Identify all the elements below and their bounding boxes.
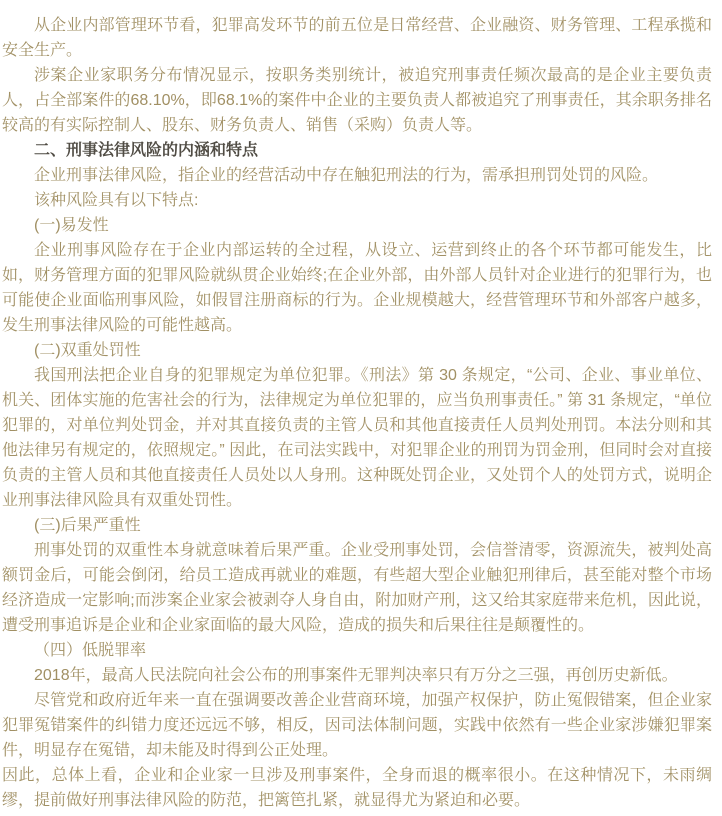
document-page: 从企业内部管理环节看，犯罪高发环节的前五位是日常经营、企业融资、财务管理、工程承…	[0, 0, 722, 816]
paragraph: 从企业内部管理环节看，犯罪高发环节的前五位是日常经营、企业融资、财务管理、工程承…	[2, 13, 712, 63]
paragraph: 刑事处罚的双重性本身就意味着后果严重。企业受刑事处罚，会信誉清零，资源流失，被判…	[2, 538, 712, 638]
subsection-heading-4: （四）低脱罪率	[2, 638, 712, 663]
subsection-heading-2: (二)双重处罚性	[2, 338, 712, 363]
paragraph: 我国刑法把企业自身的犯罪规定为单位犯罪。《刑法》第 30 条规定，“公司、企业、…	[2, 363, 712, 513]
paragraph: 该种风险具有以下特点:	[2, 188, 712, 213]
paragraph: 企业刑事风险存在于企业内部运转的全过程，从设立、运营到终止的各个环节都可能发生，…	[2, 238, 712, 338]
subsection-heading-1: (一)易发性	[2, 213, 712, 238]
paragraph: 尽管党和政府近年来一直在强调要改善企业营商环境，加强产权保护，防止冤假错案，但企…	[2, 688, 712, 763]
subsection-heading-3: (三)后果严重性	[2, 513, 712, 538]
paragraph-flush-left: 因此，总体上看，企业和企业家一旦涉及刑事案件，全身而退的概率很小。在这种情况下，…	[2, 763, 712, 813]
paragraph: 企业刑事法律风险，指企业的经营活动中存在触犯刑法的行为，需承担刑罚处罚的风险。	[2, 163, 712, 188]
paragraph: 涉案企业家职务分布情况显示，按职务类别统计，被追究刑事责任频次最高的是企业主要负…	[2, 63, 712, 138]
paragraph: 2018年，最高人民法院向社会公布的刑事案件无罪判决率只有万分之三强，再创历史新…	[2, 663, 712, 688]
section-heading: 二、刑事法律风险的内涵和特点	[2, 138, 712, 163]
